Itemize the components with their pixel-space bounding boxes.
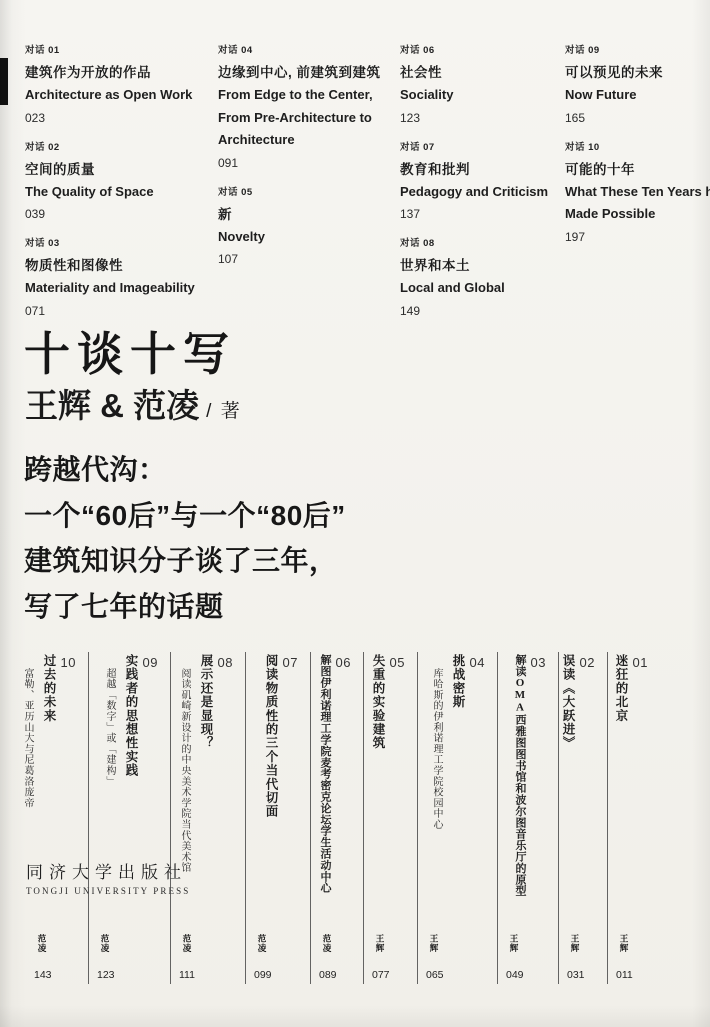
dialogue-number-label: 对话 03 (25, 235, 209, 249)
essay-page-number: 031 (567, 969, 585, 981)
dialogue-title-zh: 物质性和图像性 (25, 255, 209, 277)
essay-number: 09 (143, 655, 158, 670)
tagline-line: 跨越代沟： (24, 447, 584, 493)
essay-title: 展示还是显现？ (197, 654, 215, 873)
dialogue-title-en: The Quality of Space (25, 181, 209, 204)
dialogue-page-number: 107 (218, 248, 402, 270)
dialogue-title-zh: 可以预见的未来 (565, 62, 710, 84)
dialogue-number-label: 对话 04 (218, 42, 402, 56)
essay-title: 挑战密斯 (449, 654, 467, 830)
dialogue-page-number: 039 (25, 203, 209, 225)
toc-entry: 对话 04边缘到中心, 前建筑到建筑From Edge to the Cente… (218, 42, 402, 174)
dialogue-title-en: What These Ten Years has Made Possible (565, 181, 710, 226)
dialogue-title-zh: 可能的十年 (565, 159, 710, 181)
essay-page-number: 099 (254, 969, 272, 981)
essay-vertical-text: 解读OMA西雅图图书馆和波尔图音乐厅的原型 (507, 654, 528, 896)
essay-author: 范凌 (321, 934, 333, 953)
dialogue-number-label: 对话 07 (400, 139, 584, 153)
author-suffix: / 著 (206, 401, 242, 422)
dialogue-title-en: Architecture as Open Work (25, 84, 209, 107)
toc-entry: 对话 02空间的质量The Quality of Space039 (25, 139, 209, 226)
tagline-line: 建筑知识分子谈了三年， (24, 538, 584, 584)
dialogue-page-number: 197 (565, 226, 710, 248)
essay-cell: 10过去的未来富勒、亚历山大与尼葛洛庞帝范凌143 (25, 648, 88, 993)
dialogue-page-number: 091 (218, 152, 402, 174)
toc-entry: 对话 06社会性Sociality123 (400, 42, 584, 129)
essay-subtitle: 超越「数字」或「建构」 (102, 654, 117, 787)
dialogue-title-en: Local and Global (400, 277, 584, 300)
essay-number: 05 (390, 655, 405, 670)
dialogue-page-number: 149 (400, 300, 584, 322)
toc-column: 对话 04边缘到中心, 前建筑到建筑From Edge to the Cente… (218, 42, 402, 280)
essay-title: 误读《大跃进》 (559, 654, 577, 750)
essay-vertical-text: 失重的实验建筑 (364, 654, 387, 750)
dialogue-title-en: Novelty (218, 226, 402, 249)
essay-page-number: 065 (426, 969, 444, 981)
essay-page-number: 123 (97, 969, 115, 981)
dialogue-number-label: 对话 01 (25, 42, 209, 56)
dialogue-title-zh: 教育和批判 (400, 159, 584, 181)
dialogue-number-label: 对话 08 (400, 235, 584, 249)
essay-author: 王辉 (618, 934, 630, 953)
toc-column: 对话 06社会性Sociality123对话 07教育和批判Pedagogy a… (400, 42, 584, 332)
essay-page-number: 049 (506, 969, 524, 981)
toc-entry: 对话 10可能的十年What These Ten Years has Made … (565, 139, 710, 248)
dialogue-number-label: 对话 09 (565, 42, 710, 56)
toc-entry: 对话 08世界和本土Local and Global149 (400, 235, 584, 322)
essay-vertical-text: 解图伊利诺理工学院麦考密克论坛学生活动中心 (312, 654, 333, 893)
essays-index: 同济大学出版社 TONGJI UNIVERSITY PRESS 01迷狂的北京王… (0, 648, 710, 993)
essay-title: 实践者的思想性实践 (122, 654, 140, 787)
dialogue-number-label: 对话 05 (218, 184, 402, 198)
essay-cell: 08展示还是显现？阅读矶崎新设计的中央美术学院当代美术馆范凌111 (170, 648, 245, 993)
dialogue-title-en: Materiality and Imageability (25, 277, 209, 300)
essay-vertical-text: 挑战密斯库哈斯的伊利诺理工学院校园中心 (429, 654, 467, 830)
essay-vertical-text: 实践者的思想性实践超越「数字」或「建构」 (102, 654, 140, 787)
essay-page-number: 011 (616, 969, 633, 981)
toc-column: 对话 01建筑作为开放的作品Architecture as Open Work0… (25, 42, 209, 332)
essay-number: 03 (531, 655, 546, 670)
essay-cell: 09实践者的思想性实践超越「数字」或「建构」范凌123 (88, 648, 170, 993)
dialogue-title-zh: 建筑作为开放的作品 (25, 62, 209, 84)
essay-number: 07 (283, 655, 298, 670)
book-cover-page: 对话 01建筑作为开放的作品Architecture as Open Work0… (0, 0, 710, 1027)
essay-number: 08 (218, 655, 233, 670)
essay-author: 范凌 (36, 934, 48, 953)
tagline: 跨越代沟：一个“60后”与一个“80后”建筑知识分子谈了三年，写了七年的话题 (24, 447, 584, 629)
essay-title: 迷狂的北京 (612, 654, 630, 723)
dialogue-title-zh: 新 (218, 204, 402, 226)
tagline-line: 一个“60后”与一个“80后” (24, 493, 584, 539)
dialogues-toc: 对话 01建筑作为开放的作品Architecture as Open Work0… (0, 42, 710, 302)
dialogue-title-en: Pedagogy and Criticism (400, 181, 584, 204)
essay-cell: 03解读OMA西雅图图书馆和波尔图音乐厅的原型王辉049 (497, 648, 558, 993)
toc-column: 对话 09可以预见的未来Now Future165对话 10可能的十年What … (565, 42, 710, 258)
essay-author: 王辉 (508, 934, 520, 953)
essay-author: 范凌 (99, 934, 111, 953)
essay-vertical-text: 展示还是显现？阅读矶崎新设计的中央美术学院当代美术馆 (177, 654, 215, 873)
tagline-line: 写了七年的话题 (24, 584, 584, 630)
toc-entry: 对话 05新Novelty107 (218, 184, 402, 271)
essay-title: 过去的未来 (40, 654, 58, 808)
essay-cell: 02误读《大跃进》王辉031 (558, 648, 607, 993)
essay-subtitle: 库哈斯的伊利诺理工学院校园中心 (429, 654, 444, 830)
essay-cell: 06解图伊利诺理工学院麦考密克论坛学生活动中心范凌089 (310, 648, 363, 993)
essay-title: 解读OMA西雅图图书馆和波尔图音乐厅的原型 (512, 654, 528, 896)
essay-author: 王辉 (428, 934, 440, 953)
essay-subtitle: 阅读矶崎新设计的中央美术学院当代美术馆 (177, 654, 192, 873)
essay-number: 04 (470, 655, 485, 670)
toc-entry: 对话 03物质性和图像性Materiality and Imageability… (25, 235, 209, 322)
essay-title: 阅读物质性的三个当代切面 (262, 654, 280, 818)
essay-cell: 07阅读物质性的三个当代切面范凌099 (245, 648, 310, 993)
essay-page-number: 111 (179, 969, 195, 981)
authors-line: 王辉 & 范凌/ 著 (25, 380, 242, 427)
toc-entry: 对话 01建筑作为开放的作品Architecture as Open Work0… (25, 42, 209, 129)
essay-subtitle: 富勒、亚历山大与尼葛洛庞帝 (20, 654, 35, 808)
essay-author: 王辉 (569, 934, 581, 953)
essay-title: 解图伊利诺理工学院麦考密克论坛学生活动中心 (317, 654, 333, 893)
dialogue-page-number: 165 (565, 107, 710, 129)
dialogue-title-en: Sociality (400, 84, 584, 107)
essay-number: 01 (633, 655, 648, 670)
essay-vertical-text: 迷狂的北京 (607, 654, 630, 723)
essay-page-number: 143 (34, 969, 52, 981)
dialogue-title-zh: 社会性 (400, 62, 584, 84)
essay-page-number: 077 (372, 969, 390, 981)
dialogue-title-en: From Edge to the Center, From Pre-Archit… (218, 84, 402, 152)
essay-vertical-text: 阅读物质性的三个当代切面 (257, 654, 280, 818)
dialogue-page-number: 023 (25, 107, 209, 129)
dialogue-page-number: 137 (400, 203, 584, 225)
dialogue-number-label: 对话 02 (25, 139, 209, 153)
essay-cell: 01迷狂的北京王辉011 (607, 648, 660, 993)
dialogue-title-zh: 边缘到中心, 前建筑到建筑 (218, 62, 402, 84)
dialogue-title-zh: 世界和本土 (400, 255, 584, 277)
essay-author: 范凌 (256, 934, 268, 953)
essay-author: 王辉 (374, 934, 386, 953)
essay-number: 02 (580, 655, 595, 670)
essay-page-number: 089 (319, 969, 337, 981)
essay-vertical-text: 过去的未来富勒、亚历山大与尼葛洛庞帝 (20, 654, 58, 808)
dialogue-title-zh: 空间的质量 (25, 159, 209, 181)
essay-cell: 05失重的实验建筑王辉077 (363, 648, 417, 993)
dialogue-page-number: 123 (400, 107, 584, 129)
essay-number: 10 (61, 655, 76, 670)
toc-entry: 对话 09可以预见的未来Now Future165 (565, 42, 710, 129)
essay-number: 06 (336, 655, 351, 670)
toc-entry: 对话 07教育和批判Pedagogy and Criticism137 (400, 139, 584, 226)
book-title: 十谈十写 (24, 318, 236, 384)
essay-title: 失重的实验建筑 (369, 654, 387, 750)
essay-author: 范凌 (181, 934, 193, 953)
author-names: 王辉 & 范凌 (25, 387, 199, 424)
dialogue-title-en: Now Future (565, 84, 710, 107)
dialogue-number-label: 对话 10 (565, 139, 710, 153)
essay-cell: 04挑战密斯库哈斯的伊利诺理工学院校园中心王辉065 (417, 648, 497, 993)
dialogue-number-label: 对话 06 (400, 42, 584, 56)
